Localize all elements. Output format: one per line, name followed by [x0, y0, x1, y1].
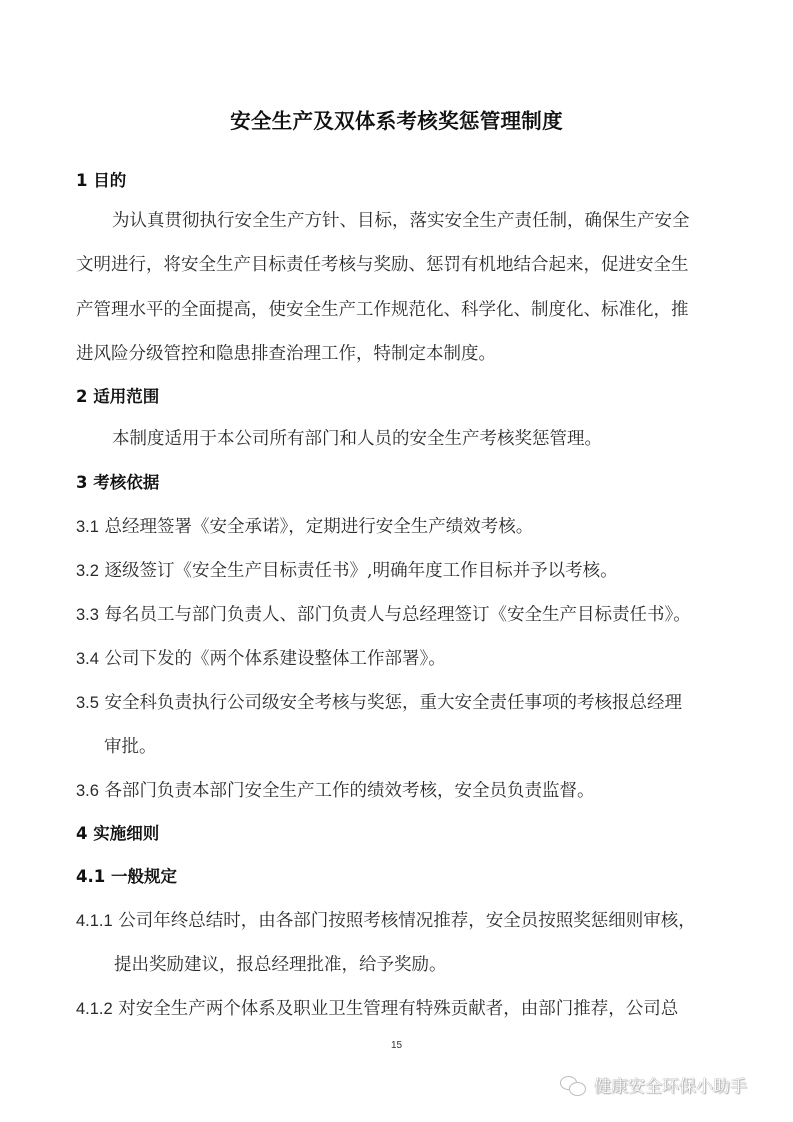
clause-item: 3.3 每名员工与部门负责人、部门负责人与总经理签订《安全生产目标责任书》。 [76, 604, 691, 626]
clause-text: 总经理签署《安全承诺》，定期进行安全生产绩效考核。 [105, 517, 534, 537]
clause-item: 4.1.2 对安全生产两个体系及职业卫生管理有特殊贡献者，由部门推荐，公司总 [76, 998, 678, 1020]
document-page: 安全生产及双体系考核奖惩管理制度 1 目的为认真贯彻执行安全生产方针、目标，落实… [0, 0, 793, 1122]
section-heading: 4 实施细则 [76, 823, 159, 845]
paragraph-line: 为认真贯彻执行安全生产方针、目标，落实安全生产责任制，确保生产安全 [112, 210, 690, 232]
paragraph-line: 进风险分级管控和隐患排查治理工作，特制定本制度。 [76, 343, 496, 365]
clause-text: 逐级签订《安全生产目标责任书》,明确年度工作目标并予以考核。 [105, 561, 618, 581]
clause-text: 各部门负责本部门安全生产工作的绩效考核，安全员负责监督。 [105, 781, 595, 801]
paragraph-line: 审批。 [104, 736, 157, 758]
document-title: 安全生产及双体系考核奖惩管理制度 [0, 104, 793, 134]
section-heading: 2 适用范围 [76, 386, 159, 408]
clause-number: 3.2 [76, 562, 99, 580]
section-heading: 3 考核依据 [76, 472, 159, 494]
paragraph-line: 提出奖励建议，报总经理批准，给予奖励。 [114, 954, 447, 976]
clause-text: 对安全生产两个体系及职业卫生管理有特殊贡献者，由部门推荐，公司总 [118, 999, 678, 1019]
paragraph-line: 本制度适用于本公司所有部门和人员的安全生产考核奖惩管理。 [112, 428, 602, 450]
section-heading: 1 目的 [76, 170, 126, 192]
page-number: 15 [0, 1040, 793, 1051]
clause-item: 3.2 逐级签订《安全生产目标责任书》,明确年度工作目标并予以考核。 [76, 560, 618, 582]
clause-text: 每名员工与部门负责人、部门负责人与总经理签订《安全生产目标责任书》。 [105, 605, 691, 625]
clause-item: 3.1 总经理签署《安全承诺》，定期进行安全生产绩效考核。 [76, 516, 533, 538]
clause-item: 3.6 各部门负责本部门安全生产工作的绩效考核，安全员负责监督。 [76, 780, 595, 802]
clause-item: 3.5 安全科负责执行公司级安全考核与奖惩，重大安全责任事项的考核报总经理 [76, 692, 682, 714]
clause-number: 3.5 [76, 694, 99, 712]
watermark-text: 健康安全环保小助手 [594, 1072, 747, 1097]
clause-number: 4.1.2 [76, 1000, 113, 1018]
clause-number: 3.4 [76, 650, 99, 668]
clause-text: 公司下发的《两个体系建设整体工作部署》。 [105, 649, 446, 669]
watermark: 健康安全环保小助手 [560, 1072, 747, 1097]
clause-number: 4.1.1 [76, 912, 113, 930]
clause-number: 3.1 [76, 518, 99, 536]
clause-number: 3.3 [76, 606, 99, 624]
paragraph-line: 产管理水平的全面提高，使安全生产工作规范化、科学化、制度化、标准化，推 [76, 299, 689, 321]
clause-item: 3.4 公司下发的《两个体系建设整体工作部署》。 [76, 648, 446, 670]
wechat-icon [560, 1074, 586, 1096]
section-heading: 4.1 一般规定 [76, 866, 177, 888]
paragraph-line: 文明进行，将安全生产目标责任考核与奖励、惩罚有机地结合起来，促进安全生 [76, 254, 689, 276]
clause-text: 安全科负责执行公司级安全考核与奖惩，重大安全责任事项的考核报总经理 [105, 693, 683, 713]
clause-number: 3.6 [76, 782, 99, 800]
clause-item: 4.1.1 公司年终总结时，由各部门按照考核情况推荐，安全员按照奖惩细则审核， [76, 910, 696, 932]
clause-text: 公司年终总结时，由各部门按照考核情况推荐，安全员按照奖惩细则审核， [118, 911, 696, 931]
